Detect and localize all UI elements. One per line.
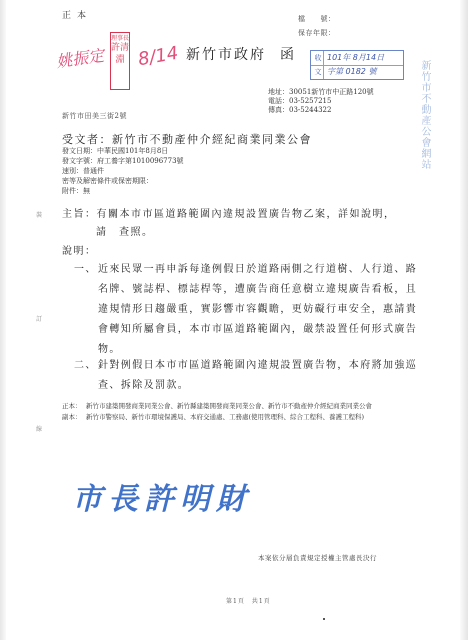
explanation-item: 二、 針對例假日本市市區道路範圍內違規設置廣告物，本府將加強巡查、拆除及罰款。 xyxy=(74,356,424,396)
attachment: 附件：無 xyxy=(62,186,184,196)
recipient-address: 新竹市田美三街2號 xyxy=(62,112,127,121)
mayor-signature-stamp: 市長許明財 xyxy=(72,474,252,518)
item-number: 一、 xyxy=(74,260,97,280)
receipt-label-1: 收 xyxy=(313,51,324,65)
association-website-stamp: 新竹市不動產公會網站 xyxy=(414,60,430,170)
scan-edge-left xyxy=(0,0,6,640)
explanation-item: 一、 近來民眾一再申訴每逢例假日於道路兩側之行道樹、人行道、路名牌、號誌桿、標誌… xyxy=(74,260,424,360)
scan-speck xyxy=(323,618,325,620)
issue-number: 發文字號：府工養字第1010096773號 xyxy=(62,156,184,166)
copy-list: 新竹市警察局、新竹市環境保護局、本府交通處、工務處(使用管理科、綜合工程科、養護… xyxy=(86,413,364,421)
speed-class: 速別：普通件 xyxy=(62,166,184,176)
contact-info: 地址：30051新竹市中正路120號 電話：03-5257215 傳真：03-5… xyxy=(268,88,374,115)
page-number: 第1頁 共1頁 xyxy=(226,596,271,605)
original-list: 新竹市建築開發商業同業公會、新竹縣建築開發商業同業公會、新竹市不動產仲介經紀商業… xyxy=(86,402,372,410)
subject-line-2: 請 查照。 xyxy=(62,224,422,242)
copy-label: 副本： xyxy=(62,413,82,422)
receipt-stamp: 收 101年 8月14日 文 字第 0182 號 xyxy=(310,50,404,80)
margin-mark-line: 線 xyxy=(36,424,42,433)
margin-mark-bind: 裝 xyxy=(36,210,42,219)
title-doc-type: 函 xyxy=(280,47,296,63)
delegation-note: 本案依分層負責規定授權主管處長決行 xyxy=(258,553,377,562)
subject-line-1: 主旨：有關本市市區道路範圍內違規設置廣告物乙案，詳如說明， xyxy=(62,206,422,224)
security-level: 密等及解密條件或保密期限： xyxy=(62,176,184,186)
item-number: 二、 xyxy=(74,356,97,376)
original-recipients: 正本： 新竹市建築開發商業同業公會、新竹縣建築開發商業同業公會、新竹市不動產仲介… xyxy=(62,402,422,411)
copy-type-label: 正本 xyxy=(62,8,92,21)
handwritten-date: 8/14 xyxy=(136,43,179,71)
margin-mark-staple: 訂 xyxy=(36,314,42,323)
seal-title: 理事長 xyxy=(111,35,129,42)
title-org: 新竹市政府 xyxy=(186,47,266,63)
distribution-list: 正本： 新竹市建築開發商業同業公會、新竹縣建築開發商業同業公會、新竹市不動產仲介… xyxy=(62,402,422,424)
explanation-label: 說明： xyxy=(62,242,97,257)
retention-label: 保存年限： xyxy=(298,29,336,38)
subject: 主旨：有關本市市區道路範圍內違規設置廣告物乙案，詳如說明， 請 查照。 xyxy=(62,206,422,242)
scan-edge-right xyxy=(460,0,468,640)
chairman-seal: 理事長 許清淵 xyxy=(110,32,130,90)
document-metadata: 發文日期：中華民國101年8月8日 發文字號：府工養字第1010096773號 … xyxy=(62,146,184,196)
file-number-label: 檔 號： xyxy=(298,15,336,24)
handwritten-signature: 姚振定 xyxy=(55,43,106,72)
receipt-number: 字第 0182 號 xyxy=(327,65,399,79)
contact-address: 地址：30051新竹市中正路120號 xyxy=(268,88,374,97)
receipt-label-2: 文 xyxy=(313,65,324,79)
original-label: 正本： xyxy=(62,402,82,411)
item-text: 近來民眾一再申訴每逢例假日於道路兩側之行道樹、人行道、路名牌、號誌桿、標誌桿等，… xyxy=(74,260,424,360)
contact-phone: 電話：03-5257215 xyxy=(268,97,374,106)
issue-date: 發文日期：中華民國101年8月8日 xyxy=(62,146,184,156)
document-title: 新竹市政府函 xyxy=(186,44,296,64)
receipt-date: 101年 8月14日 xyxy=(327,51,399,65)
seal-name: 許清淵 xyxy=(111,42,129,66)
contact-fax: 傳真：03-5244322 xyxy=(268,106,374,115)
copy-recipients: 副本： 新竹市警察局、新竹市環境保護局、本府交通處、工務處(使用管理科、綜合工程… xyxy=(62,413,422,422)
recipient: 受文者：新竹市不動產仲介經紀商業同業公會 xyxy=(62,131,312,147)
item-text: 針對例假日本市市區道路範圍內違規設置廣告物，本府將加強巡查、拆除及罰款。 xyxy=(74,356,424,396)
